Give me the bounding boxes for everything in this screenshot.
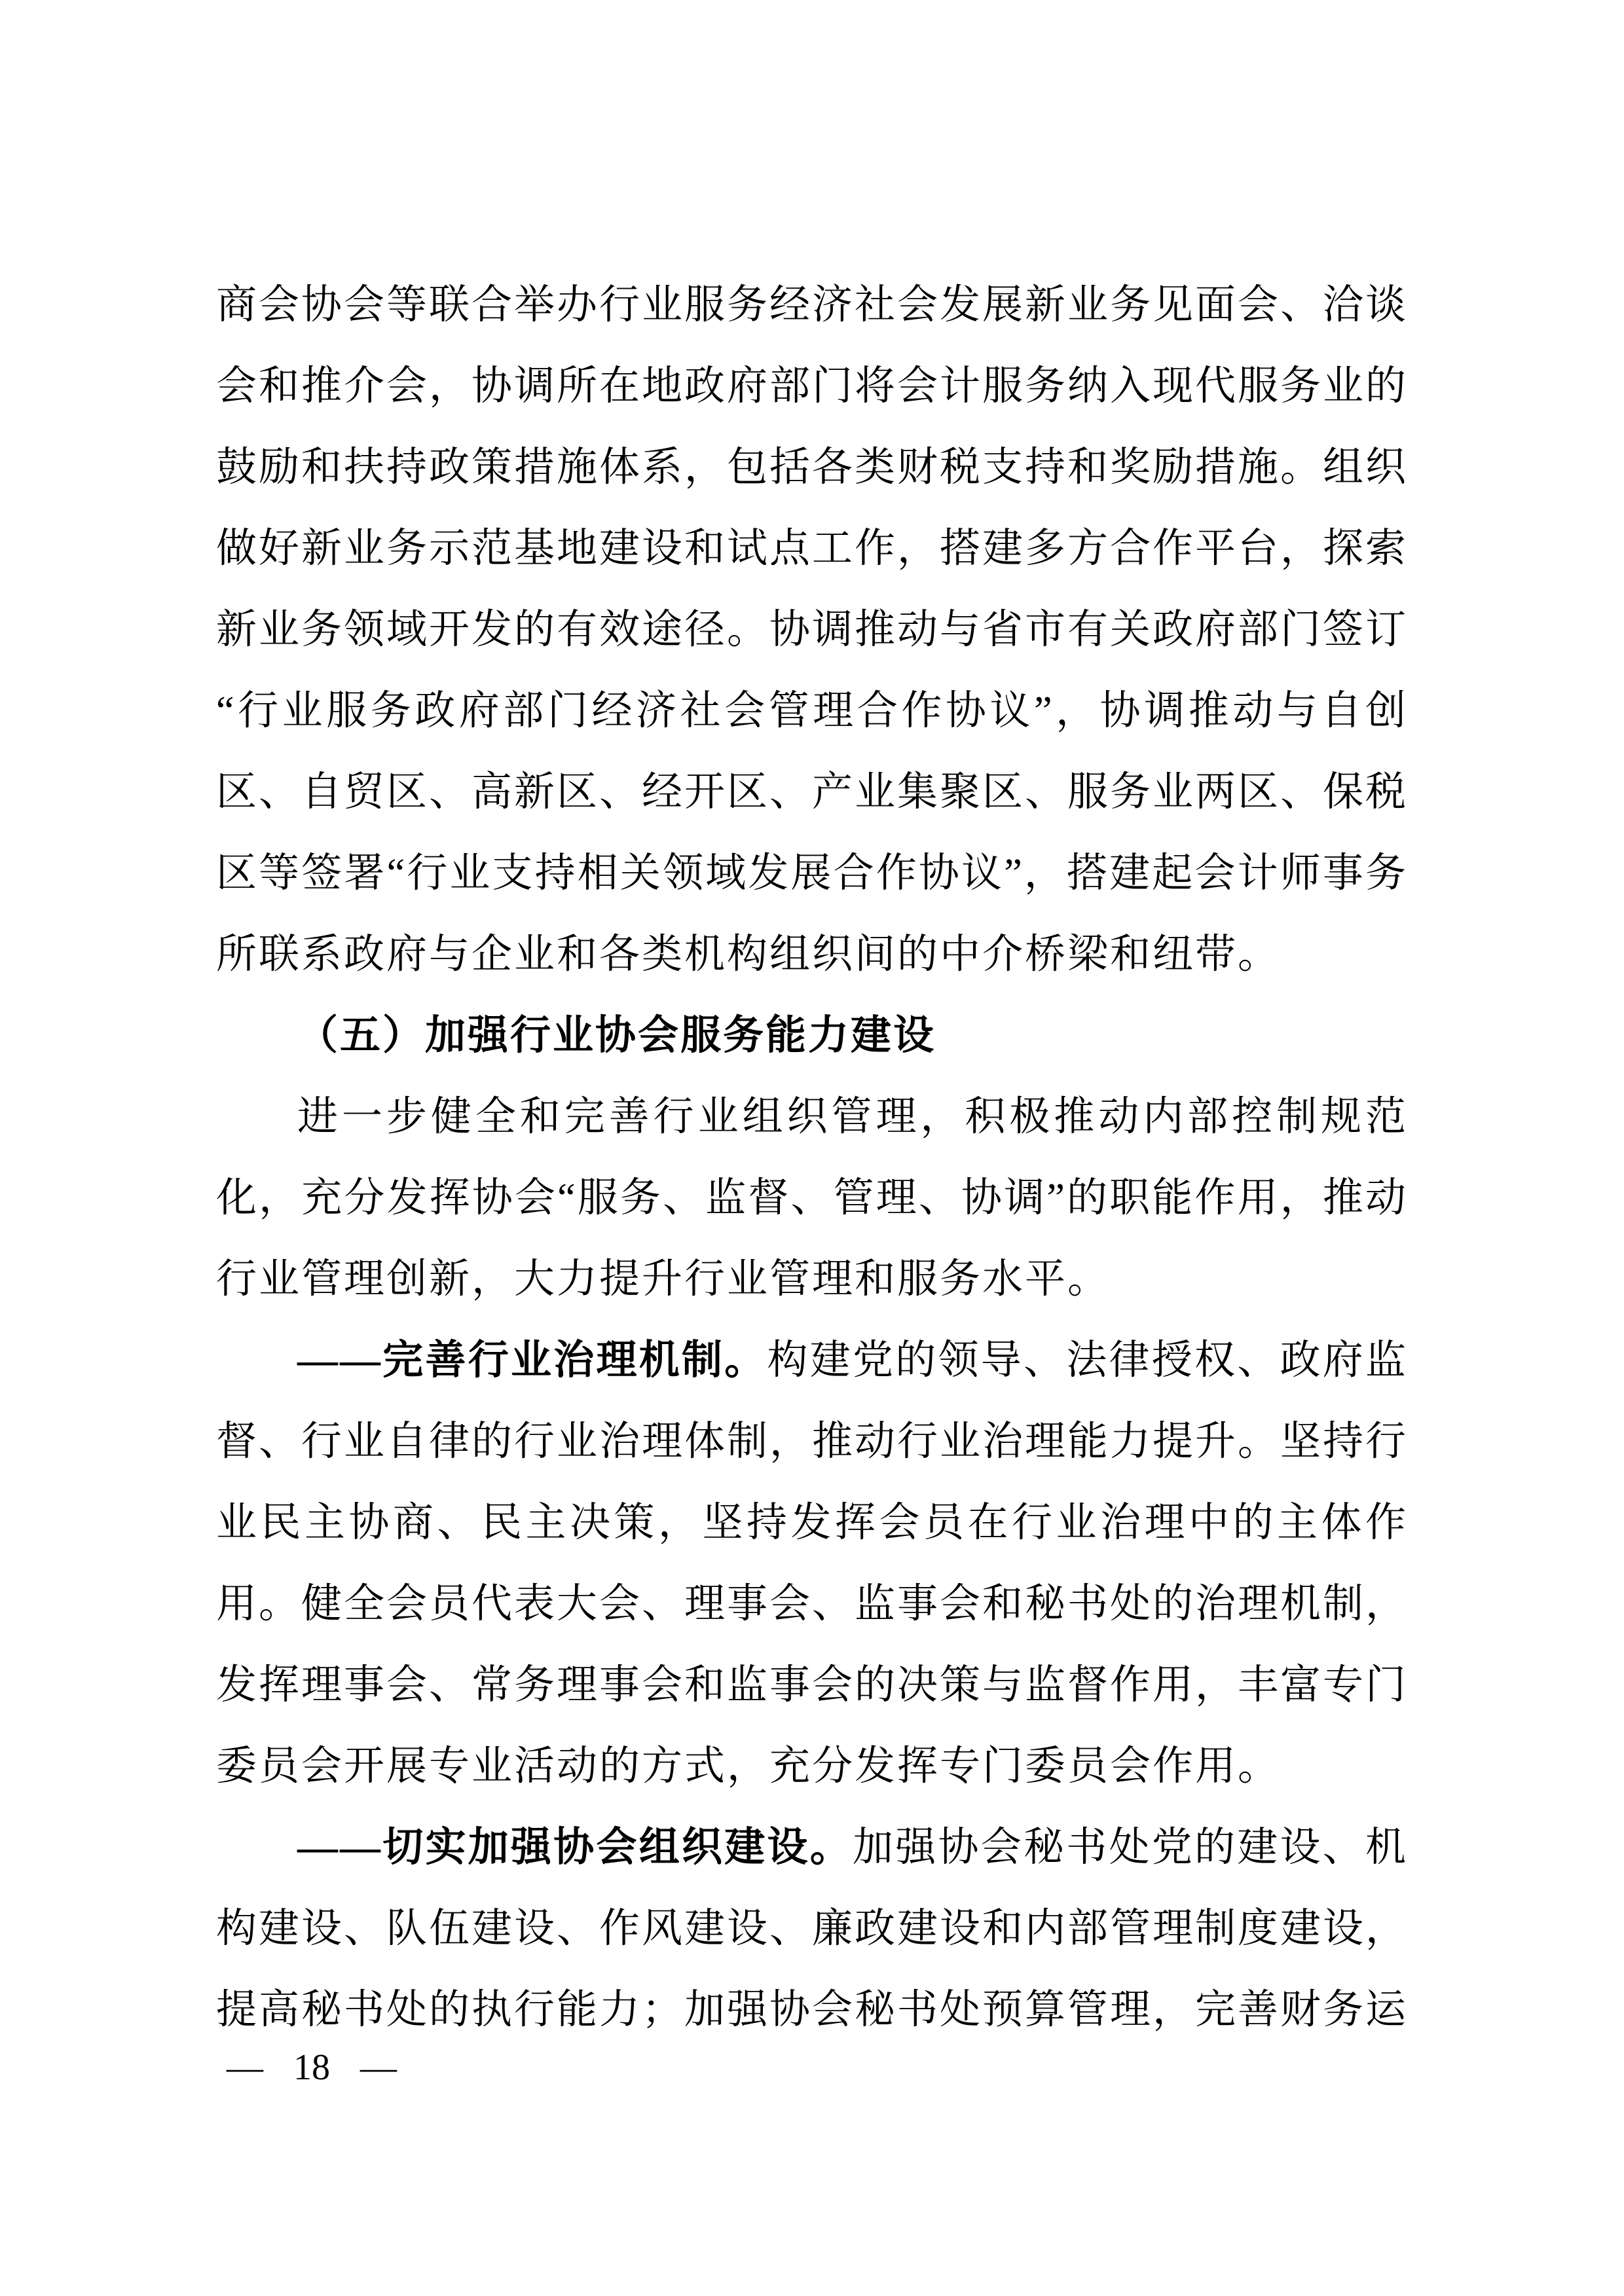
paragraph-lead-bold: ——切实加强协会组织建设。	[297, 1825, 853, 1870]
paragraph-continuation: 商会协会等联合举办行业服务经济社会发展新业务见面会、洽谈会和推介会，协调所在地政…	[216, 264, 1408, 995]
paragraph: ——完善行业治理机制。构建党的领导、法律授权、政府监督、行业自律的行业治理体制，…	[216, 1320, 1408, 1807]
paragraph: ——切实加强协会组织建设。加强协会秘书处党的建设、机构建设、队伍建设、作风建设、…	[216, 1807, 1408, 2050]
page-footer: —18—	[227, 2047, 397, 2088]
document-body: 商会协会等联合举办行业服务经济社会发展新业务见面会、洽谈会和推介会，协调所在地政…	[216, 264, 1408, 2050]
section-heading: （五）加强行业协会服务能力建设	[216, 995, 1408, 1076]
paragraph-lead-bold: ——完善行业治理机制。	[297, 1338, 767, 1383]
paragraph-text: 构建党的领导、法律授权、政府监督、行业自律的行业治理体制，推动行业治理能力提升。…	[216, 1338, 1408, 1789]
page-number: 18	[293, 2047, 330, 2088]
document-page: 商会协会等联合举办行业服务经济社会发展新业务见面会、洽谈会和推介会，协调所在地政…	[0, 0, 1624, 2296]
footer-right-dash: —	[360, 2047, 397, 2088]
footer-left-dash: —	[227, 2047, 263, 2088]
paragraph: 进一步健全和完善行业组织管理，积极推动内部控制规范化，充分发挥协会“服务、监督、…	[216, 1076, 1408, 1320]
